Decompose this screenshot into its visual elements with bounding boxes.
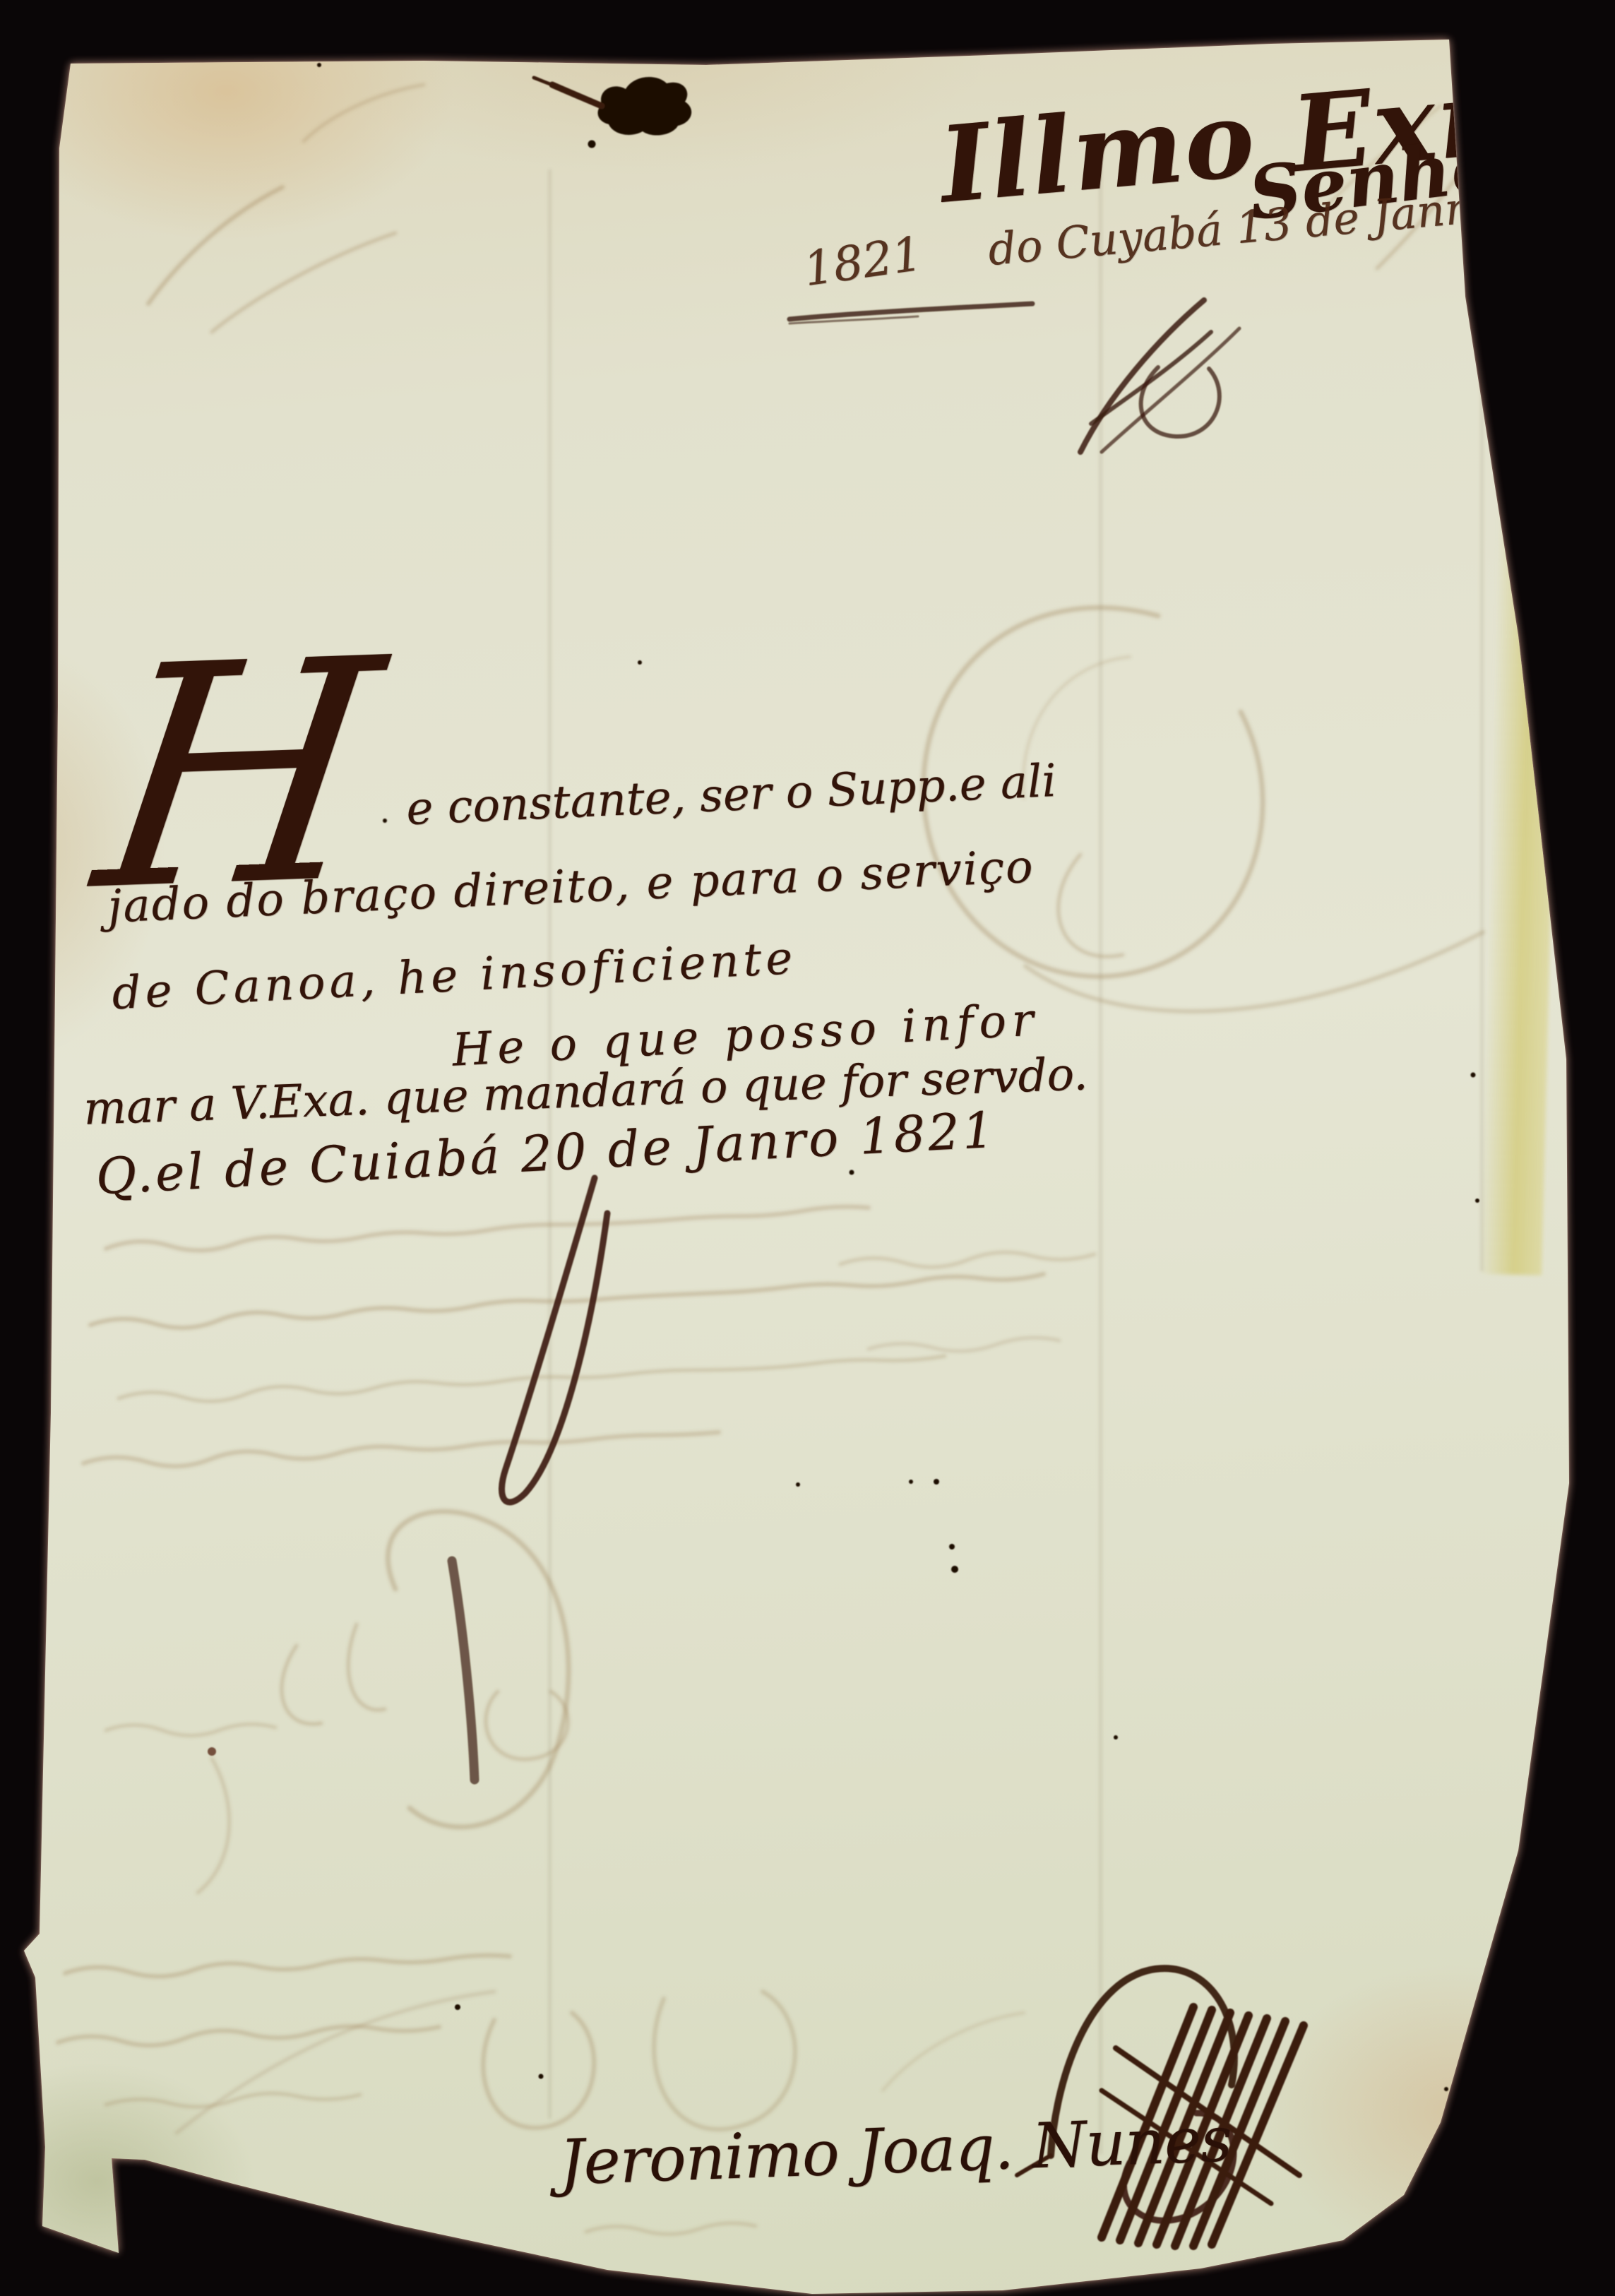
paper-shadow-wrap: Illmo Exmo Senhor do Cuyabá 13 de Janro … (0, 0, 1615, 2296)
speck (951, 1566, 958, 1573)
manuscript-page: Illmo Exmo Senhor do Cuyabá 13 de Janro … (0, 0, 1615, 2296)
showthrough-loop (654, 1992, 795, 2129)
speck (143, 42, 147, 46)
showthrough-text-line (869, 1338, 1059, 1351)
showthrough-text-line (106, 1207, 869, 1251)
showthrough-flourish-lower (486, 1691, 568, 1759)
docket-underline (789, 304, 1032, 323)
speck (909, 1480, 913, 1484)
showthrough-flourish-lower (282, 1646, 321, 1724)
showthrough-flourish-lower (106, 1724, 275, 1735)
speck (317, 63, 321, 67)
ink-blot-body (598, 77, 692, 136)
showthrough-stroke (177, 1992, 494, 2133)
showthrough-text-line (83, 1432, 719, 1466)
showthrough-flourish-center (1025, 932, 1483, 1011)
speck (1475, 1198, 1479, 1203)
speck (949, 1544, 955, 1549)
showthrough-stroke (212, 233, 395, 332)
speck (1471, 1073, 1476, 1078)
ink-blot-drop (588, 141, 596, 148)
speck (1114, 1735, 1118, 1739)
showthrough-text-line (840, 1252, 1095, 1267)
showthrough-stroke (586, 2223, 756, 2235)
showthrough-text-line (65, 1956, 510, 1977)
showthrough-text-line (58, 2026, 439, 2045)
showthrough-flourish-lower (348, 1624, 385, 1710)
speck (162, 41, 166, 44)
showthrough-loop (483, 2013, 594, 2128)
speck (383, 819, 387, 823)
scan-backdrop: Illmo Exmo Senhor do Cuyabá 13 de Janro … (0, 0, 1615, 2296)
ink-blot (534, 77, 691, 148)
showthrough-flourish-center (1059, 855, 1123, 956)
speck (539, 2074, 544, 2079)
ink-blot-tail (534, 78, 552, 85)
showthrough-text-line (106, 2093, 360, 2107)
speck (934, 1479, 939, 1485)
showthrough-stroke (304, 85, 424, 141)
showthrough-stroke (148, 187, 282, 304)
faded-diagonal-stroke (452, 1561, 475, 1780)
speck (638, 660, 642, 665)
showthrough-stroke (883, 2013, 1024, 2090)
speck (1444, 2087, 1448, 2091)
speck (796, 1482, 800, 1487)
showthrough-text-line (90, 1274, 1044, 1328)
showthrough-flourish-lower (198, 1759, 230, 1893)
ink-blot-tail (552, 85, 602, 106)
speck (850, 1170, 854, 1175)
docket-rubric-flourish (1080, 300, 1239, 452)
speck (455, 2004, 460, 2010)
rust-speck (208, 1747, 216, 1756)
